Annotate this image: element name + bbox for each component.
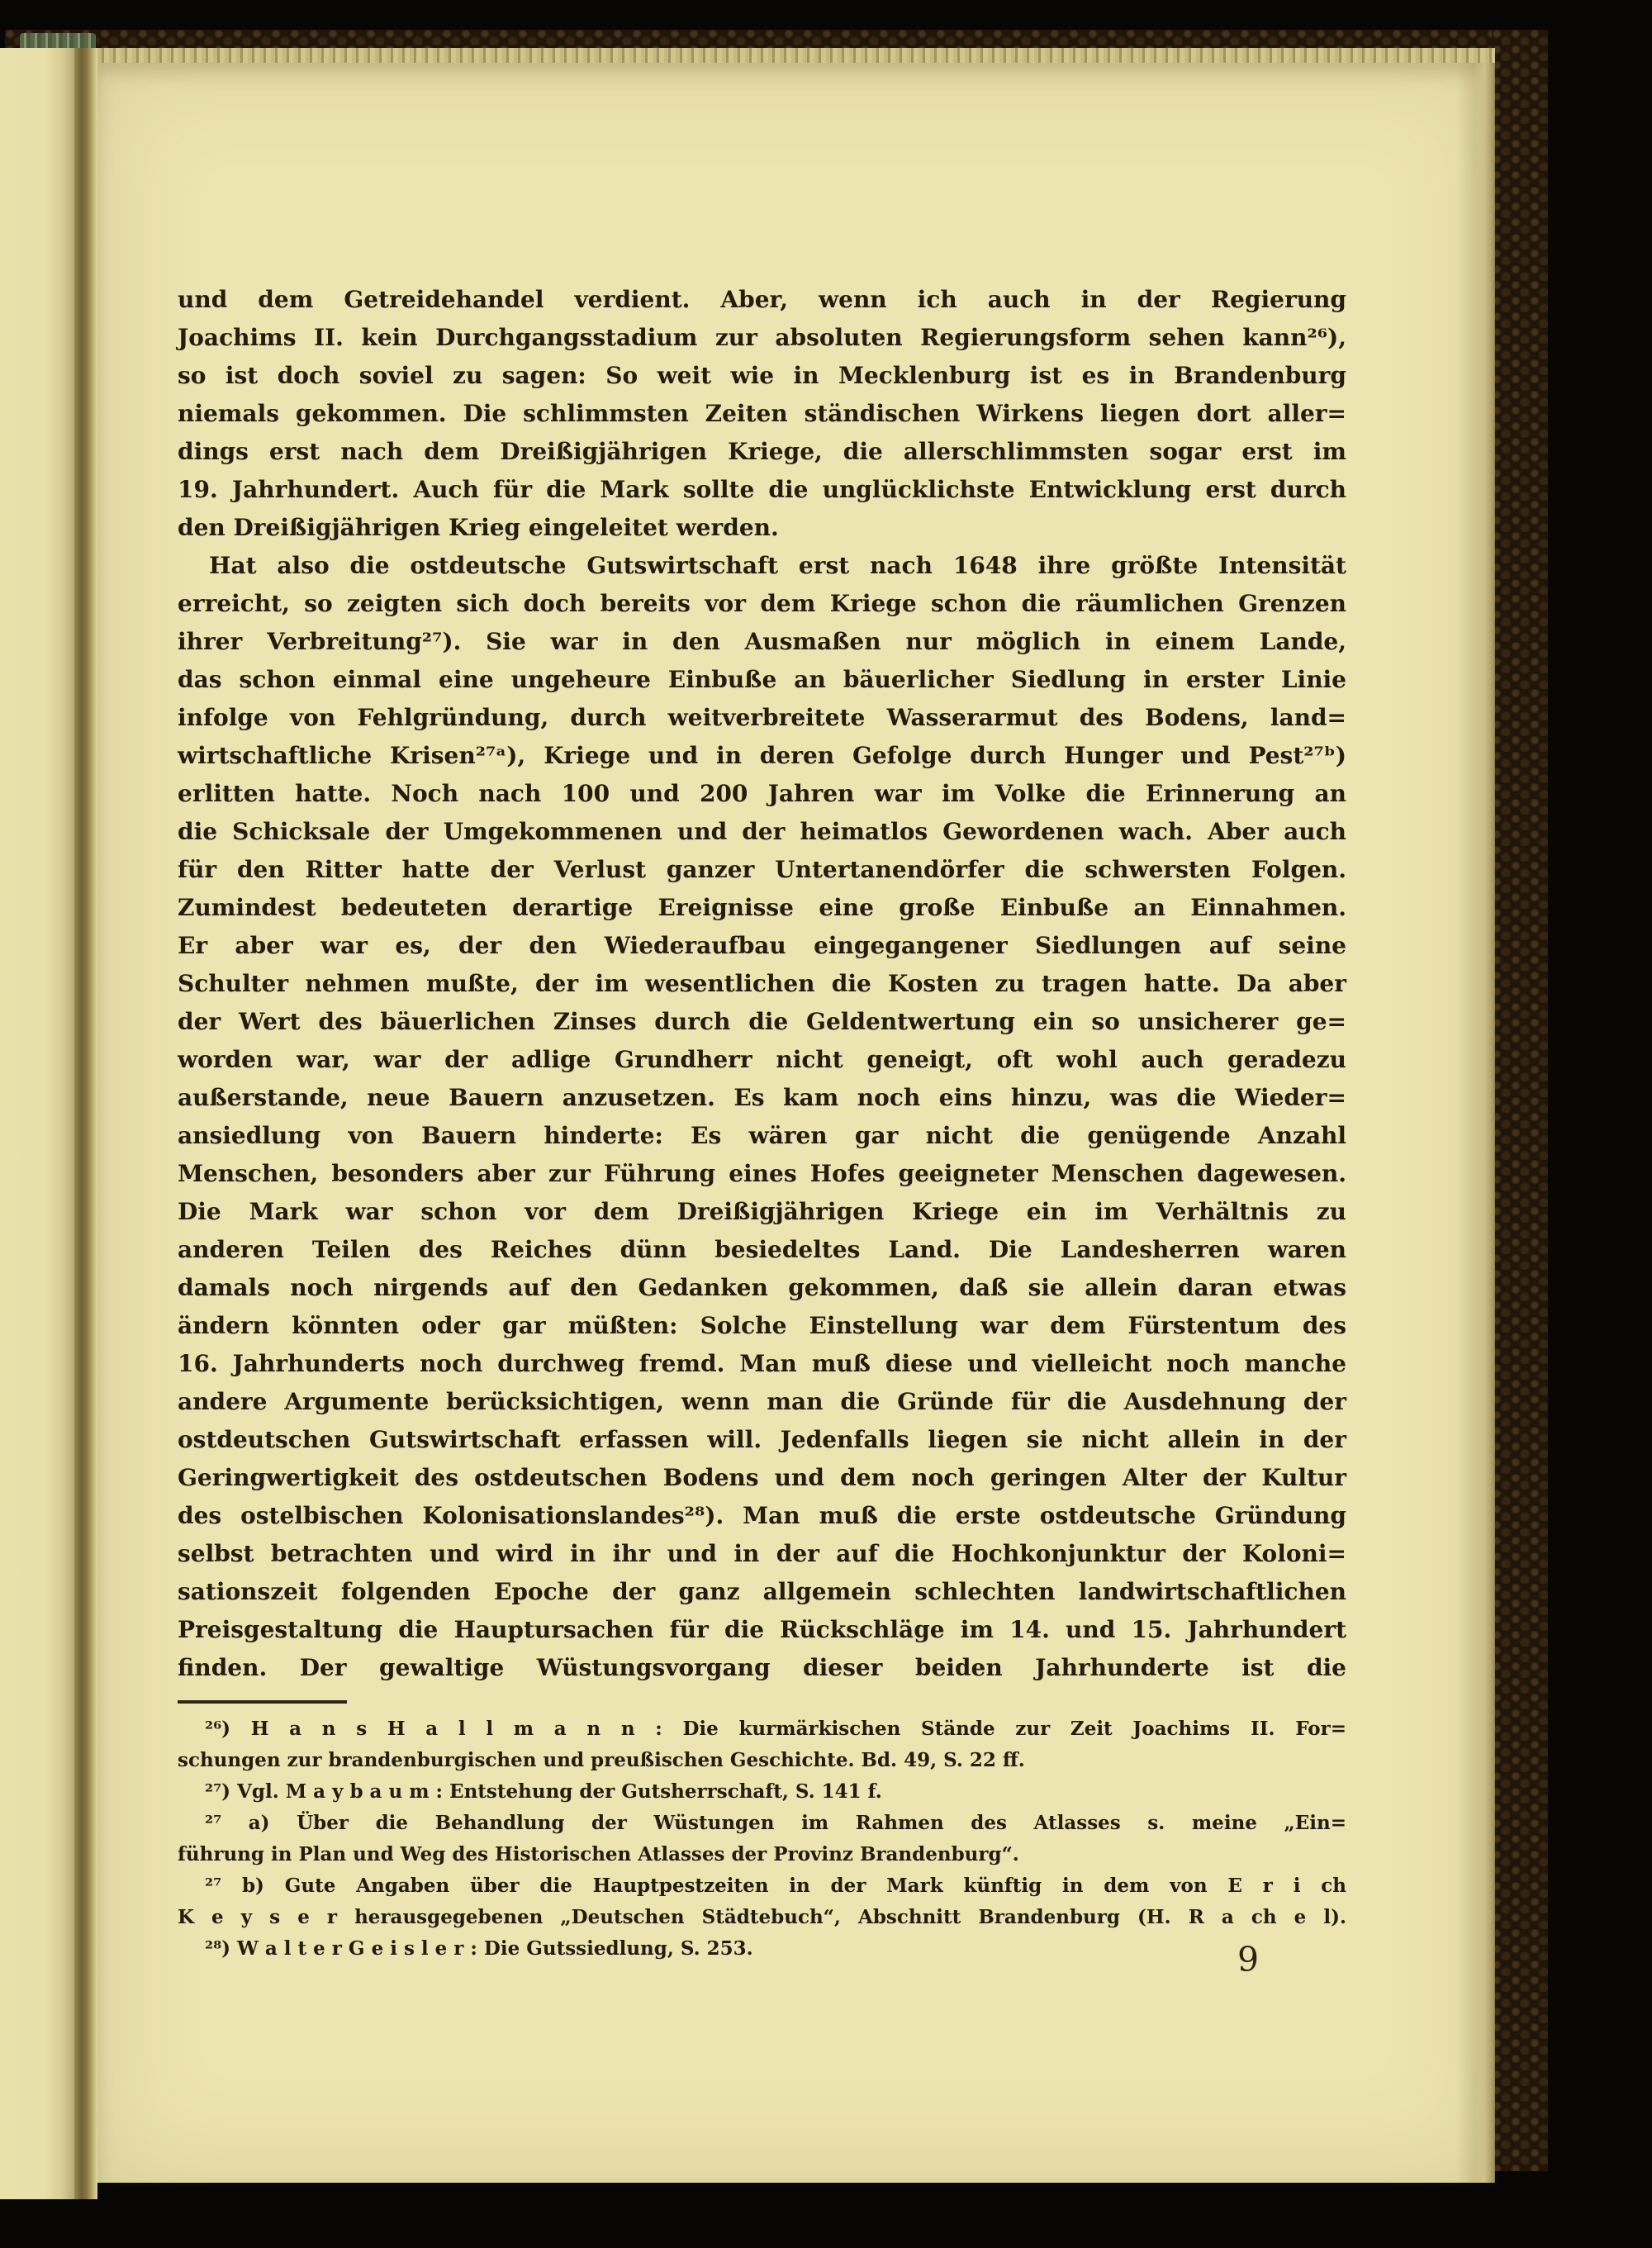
footnote-line: ²⁷ b) Gute Angaben über die Hauptpestzei… [178,1870,1346,1902]
text-line: ihrer Verbreitung²⁷). Sie war in den Aus… [178,623,1346,661]
scanned-book-photo: und dem Getreidehandel verdient. Aber, w… [0,0,1652,2248]
text-line: Preisgestaltung die Hauptursachen für di… [178,1611,1346,1649]
text-line: anderen Teilen des Reiches dünn besiedel… [178,1231,1346,1269]
text-block: und dem Getreidehandel verdient. Aber, w… [178,281,1346,1965]
page-stack-top-edge [97,48,1495,64]
text-line: worden war, war der adlige Grundherr nic… [178,1041,1346,1079]
text-line: Geringwertigkeit des ostdeutschen Bodens… [178,1459,1346,1497]
text-line: finden. Der gewaltige Wüstungsvorgang di… [178,1649,1346,1687]
text-line: Die Mark war schon vor dem Dreißigjährig… [178,1193,1346,1231]
footnote-line: ²⁸) W a l t e r G e i s l e r : Die Guts… [178,1933,1346,1965]
footnote-line: ²⁶) H a n s H a l l m a n n : Die kurmär… [178,1713,1346,1745]
text-line: ändern könnten oder gar müßten: Solche E… [178,1307,1346,1345]
text-line: 19. Jahrhundert. Auch für die Mark sollt… [178,471,1346,509]
paragraph-2: Hat also die ostdeutsche Gutswirtschaft … [178,547,1346,1687]
text-line: das schon einmal eine ungeheure Einbuße … [178,661,1346,699]
text-line: Schulter nehmen mußte, der im wesentlich… [178,965,1346,1003]
footnote-line: ²⁷) Vgl. M a y b a u m : Entstehung der … [178,1776,1346,1808]
text-line: erreicht, so zeigten sich doch bereits v… [178,585,1346,623]
text-line: selbst betrachten und wird in ihr und in… [178,1535,1346,1573]
footnote-separator-rule [178,1700,347,1704]
text-line: sationszeit folgenden Epoche der ganz al… [178,1573,1346,1611]
text-line: dings erst nach dem Dreißigjährigen Krie… [178,433,1346,471]
footnotes-block: ²⁶) H a n s H a l l m a n n : Die kurmär… [178,1713,1346,1965]
text-line: so ist doch soviel zu sagen: So weit wie… [178,357,1346,395]
paragraph-1: und dem Getreidehandel verdient. Aber, w… [178,281,1346,547]
text-line: die Schicksale der Umgekommenen und der … [178,813,1346,851]
text-line: wirtschaftliche Krisen²⁷ᵃ), Kriege und i… [178,737,1346,775]
gutter-shadow [74,48,97,2199]
text-line: Menschen, besonders aber zur Führung ein… [178,1155,1346,1193]
text-line: außerstande, neue Bauern anzusetzen. Es … [178,1079,1346,1117]
text-line: damals noch nirgends auf den Gedanken ge… [178,1269,1346,1307]
footnote-line: führung in Plan und Weg des Historischen… [178,1839,1346,1870]
text-line: für den Ritter hatte der Verlust ganzer … [178,851,1346,889]
text-line: Joachims II. kein Durchgangsstadium zur … [178,319,1346,357]
text-line: und dem Getreidehandel verdient. Aber, w… [178,281,1346,319]
text-line: 16. Jahrhunderts noch durchweg fremd. Ma… [178,1345,1346,1383]
text-line: Zumindest bedeuteten derartige Ereigniss… [178,889,1346,927]
text-line: infolge von Fehlgründung, durch weitverb… [178,699,1346,737]
page-number: 9 [1237,1940,1259,1979]
footnote-line: ²⁷ a) Über die Behandlung der Wüstungen … [178,1808,1346,1839]
page-fore-edge [1457,63,1495,2183]
text-line: erlitten hatte. Noch nach 100 und 200 Ja… [178,775,1346,813]
text-line: Er aber war es, der den Wiederaufbau ein… [178,927,1346,965]
previous-page-edge [0,48,74,2199]
footnote-line: schungen zur brandenburgischen und preuß… [178,1745,1346,1776]
text-line: ostdeutschen Gutswirtschaft erfassen wil… [178,1421,1346,1459]
book-cover-right-edge [1492,30,1548,2171]
text-line: der Wert des bäuerlichen Zinses durch di… [178,1003,1346,1041]
text-line: niemals gekommen. Die schlimmsten Zeiten… [178,395,1346,433]
text-line: den Dreißigjährigen Krieg eingeleitet we… [178,509,1346,547]
text-line: andere Argumente berücksichtigen, wenn m… [178,1383,1346,1421]
book-page: und dem Getreidehandel verdient. Aber, w… [97,63,1495,2183]
text-line: ansiedlung von Bauern hinderte: Es wären… [178,1117,1346,1155]
text-line: Hat also die ostdeutsche Gutswirtschaft … [178,547,1346,585]
text-line: des ostelbischen Kolonisationslandes²⁸).… [178,1497,1346,1535]
footnote-line: K e y s e r herausgegebenen „Deutschen S… [178,1902,1346,1933]
